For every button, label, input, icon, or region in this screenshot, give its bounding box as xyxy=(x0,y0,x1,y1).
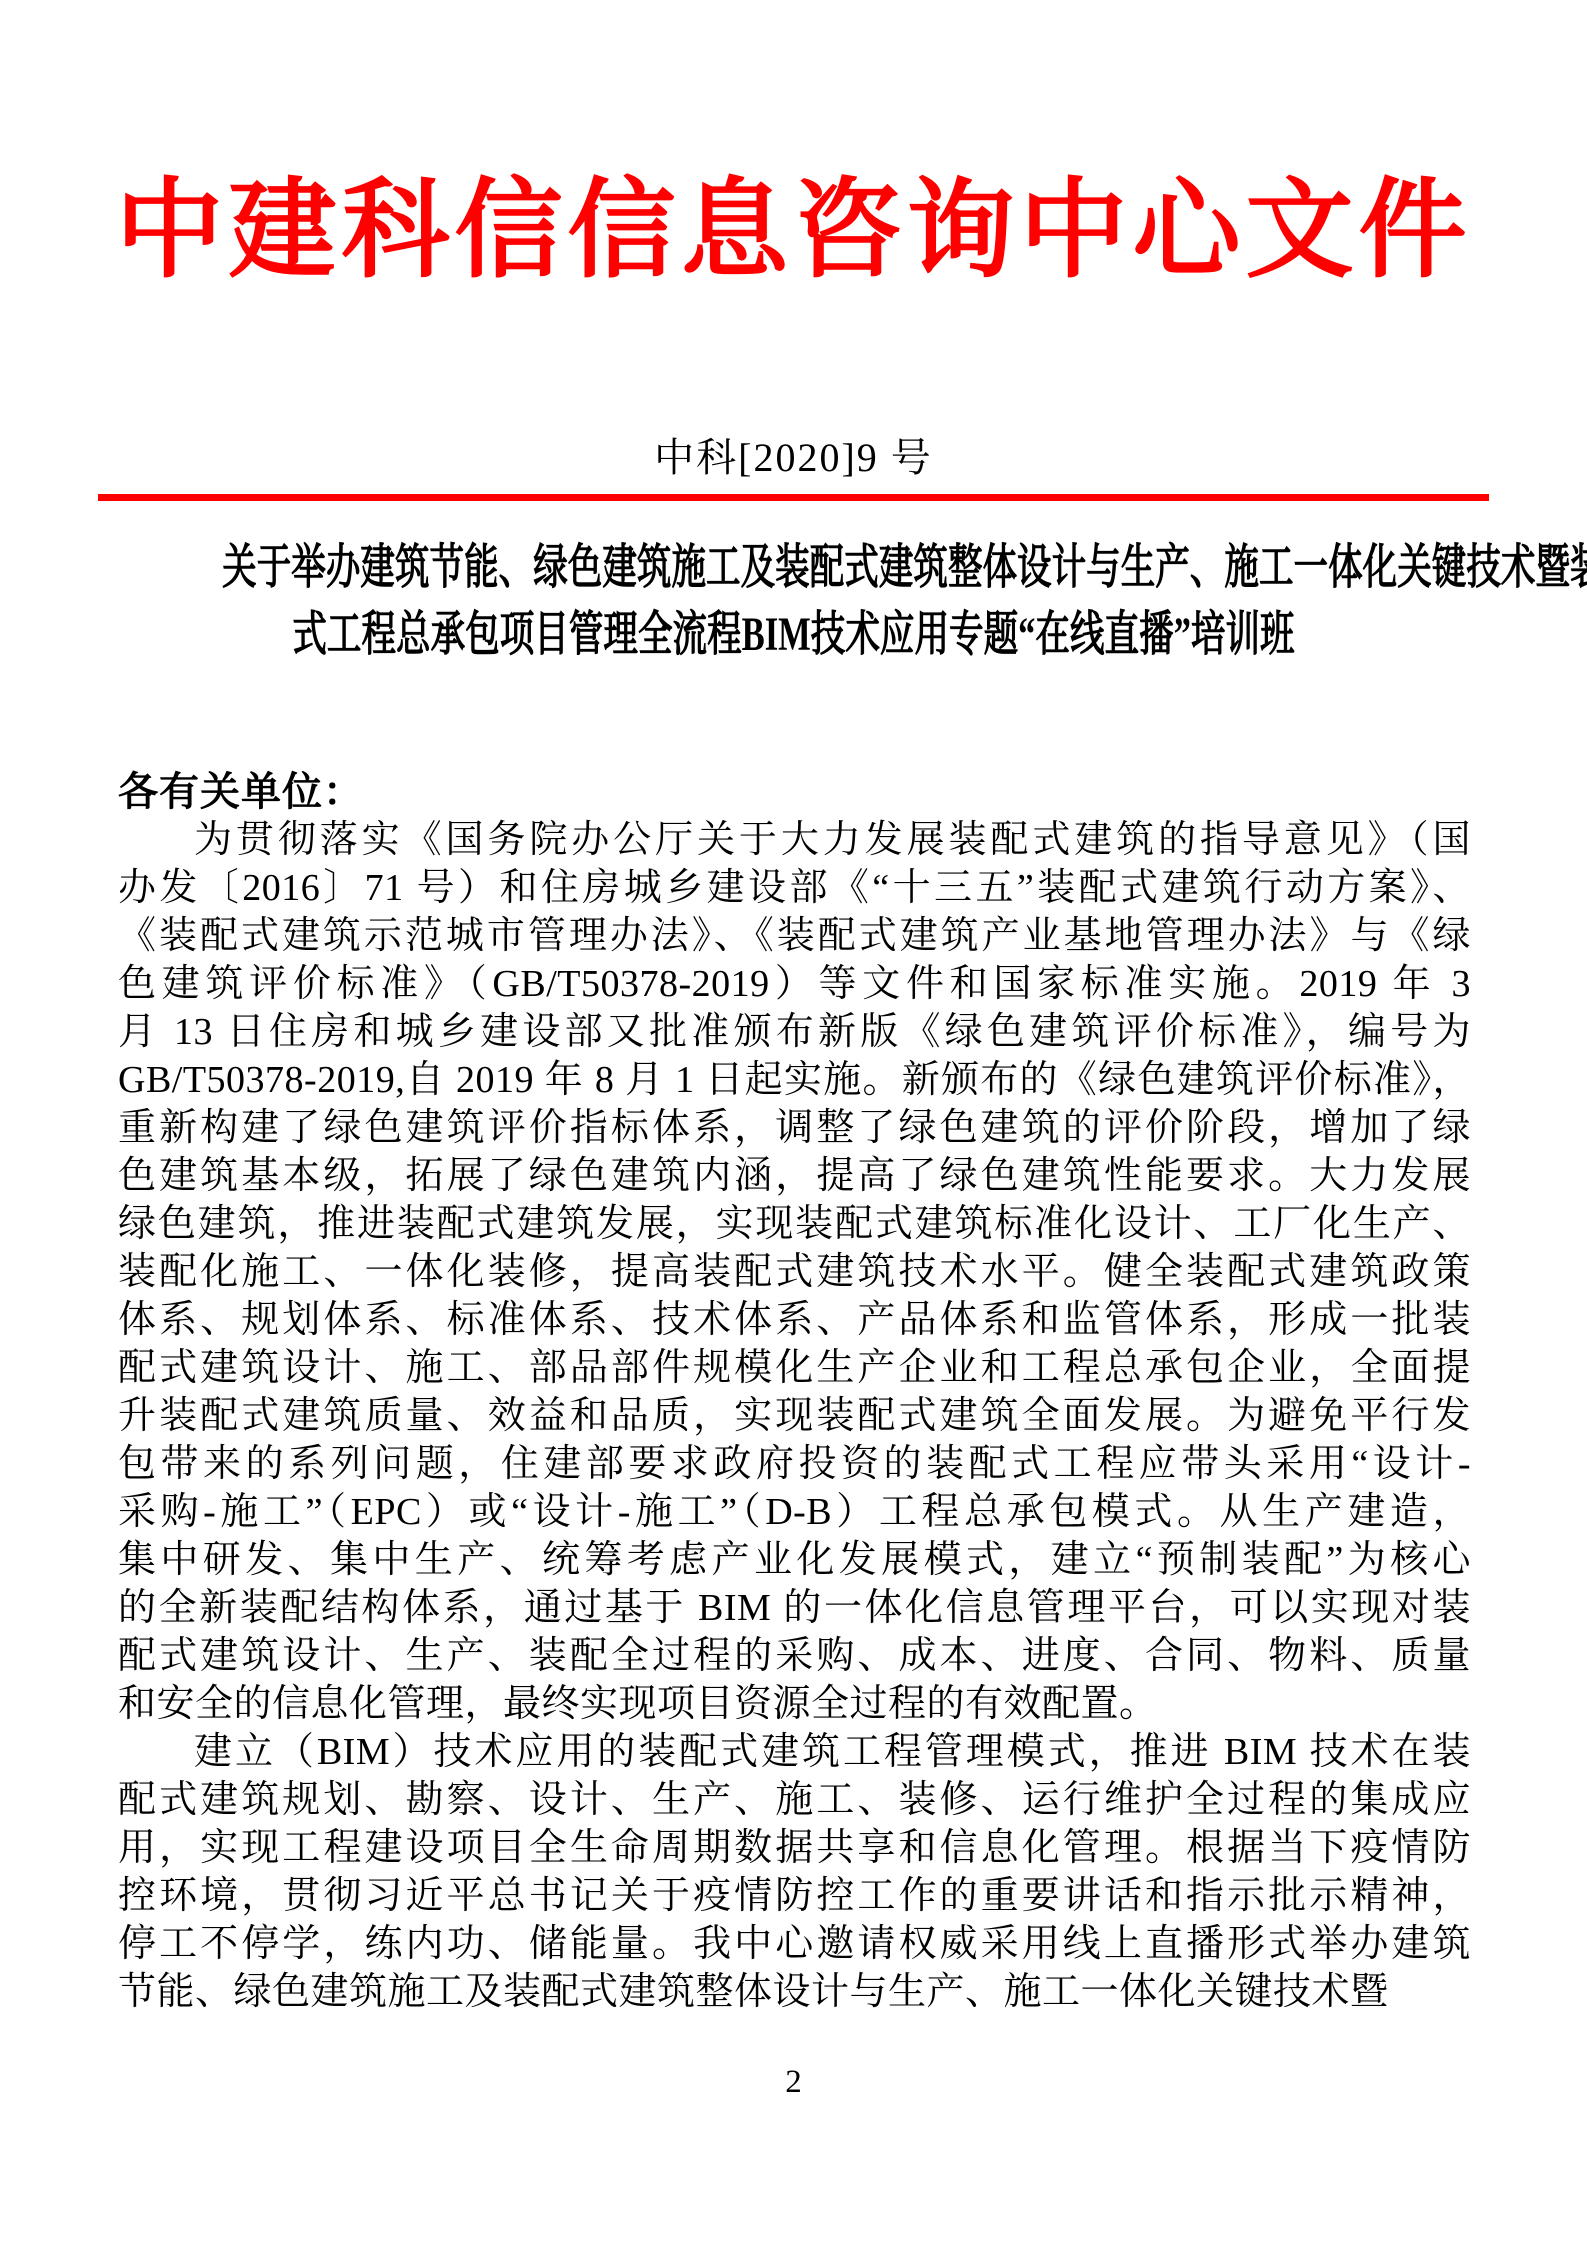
body-line: 节能、绿色建筑施工及装配式建筑整体设计与生产、施工一体化关键技术暨 xyxy=(118,1968,1471,2016)
body-line: 重新构建了绿色建筑评价指标体系，调整了绿色建筑的评价阶段，增加了绿 xyxy=(118,1104,1471,1152)
body-line: 建立（BIM）技术应用的装配式建筑工程管理模式，推进 BIM 技术在装 xyxy=(118,1728,1471,1776)
body-line: 《装配式建筑示范城市管理办法》、《装配式建筑产业基地管理办法》与《绿 xyxy=(118,912,1471,960)
body-line: GB/T50378-2019,自 2019 年 8 月 1 日起实施。新颁布的《… xyxy=(118,1056,1471,1104)
red-divider-rule xyxy=(98,494,1489,501)
document-page: 中建科信信息咨询中心文件 中科[2020]9 号 关于举办建筑节能、绿色建筑施工… xyxy=(0,0,1587,2245)
subject-line-2: 式工程总承包项目管理全流程BIM技术应用专题“在线直播”培训班 xyxy=(222,601,1365,668)
body-line: 包带来的系列问题，住建部要求政府投资的装配式工程应带头采用“设计- xyxy=(118,1440,1471,1488)
body-line: 的全新装配结构体系，通过基于 BIM 的一体化信息管理平台，可以实现对装 xyxy=(118,1584,1471,1632)
body-line: 办发〔2016〕71 号）和住房城乡建设部《“十三五”装配式建筑行动方案》、 xyxy=(118,864,1471,912)
body-line: 为贯彻落实《国务院办公厅关于大力发展装配式建筑的指导意见》（国 xyxy=(118,816,1471,864)
document-subject: 关于举办建筑节能、绿色建筑施工及装配式建筑整体设计与生产、施工一体化关键技术暨装… xyxy=(0,534,1587,668)
body-line: 用，实现工程建设项目全生命周期数据共享和信息化管理。根据当下疫情防 xyxy=(118,1824,1471,1872)
body-line: 体系、规划体系、标准体系、技术体系、产品体系和监管体系，形成一批装 xyxy=(118,1296,1471,1344)
document-number: 中科[2020]9 号 xyxy=(0,426,1587,483)
body-line: 集中研发、集中生产、统筹考虑产业化发展模式，建立“预制装配”为核心 xyxy=(118,1536,1471,1584)
salutation: 各有关单位： xyxy=(118,760,364,817)
body-line: 配式建筑设计、生产、装配全过程的采购、成本、进度、合同、物料、质量 xyxy=(118,1632,1471,1680)
document-body: 为贯彻落实《国务院办公厅关于大力发展装配式建筑的指导意见》（国办发〔2016〕7… xyxy=(118,816,1471,2016)
body-line: 色建筑基本级，拓展了绿色建筑内涵，提高了绿色建筑性能要求。大力发展 xyxy=(118,1152,1471,1200)
body-line: 色建筑评价标准》（GB/T50378-2019）等文件和国家标准实施。2019 … xyxy=(118,960,1471,1008)
body-line: 控环境，贯彻习近平总书记关于疫情防控工作的重要讲话和指示批示精神， xyxy=(118,1872,1471,1920)
body-line: 升装配式建筑质量、效益和品质，实现装配式建筑全面发展。为避免平行发 xyxy=(118,1392,1471,1440)
body-line: 月 13 日住房和城乡建设部又批准颁布新版《绿色建筑评价标准》，编号为 xyxy=(118,1008,1471,1056)
body-line: 配式建筑设计、施工、部品部件规模化生产企业和工程总承包企业，全面提 xyxy=(118,1344,1471,1392)
document-header-title: 中建科信信息咨询中心文件 xyxy=(0,170,1587,294)
body-line: 绿色建筑，推进装配式建筑发展，实现装配式建筑标准化设计、工厂化生产、 xyxy=(118,1200,1471,1248)
subject-line-1: 关于举办建筑节能、绿色建筑施工及装配式建筑整体设计与生产、施工一体化关键技术暨装… xyxy=(222,534,1365,601)
body-line: 装配化施工、一体化装修，提高装配式建筑技术水平。健全装配式建筑政策 xyxy=(118,1248,1471,1296)
body-line: 采购-施工”（EPC）或“设计-施工”（D-B）工程总承包模式。从生产建造， xyxy=(118,1488,1471,1536)
body-line: 配式建筑规划、勘察、设计、生产、施工、装修、运行维护全过程的集成应 xyxy=(118,1776,1471,1824)
page-number: 2 xyxy=(0,2064,1587,2101)
body-line: 和安全的信息化管理，最终实现项目资源全过程的有效配置。 xyxy=(118,1680,1471,1728)
body-line: 停工不停学，练内功、储能量。我中心邀请权威采用线上直播形式举办建筑 xyxy=(118,1920,1471,1968)
